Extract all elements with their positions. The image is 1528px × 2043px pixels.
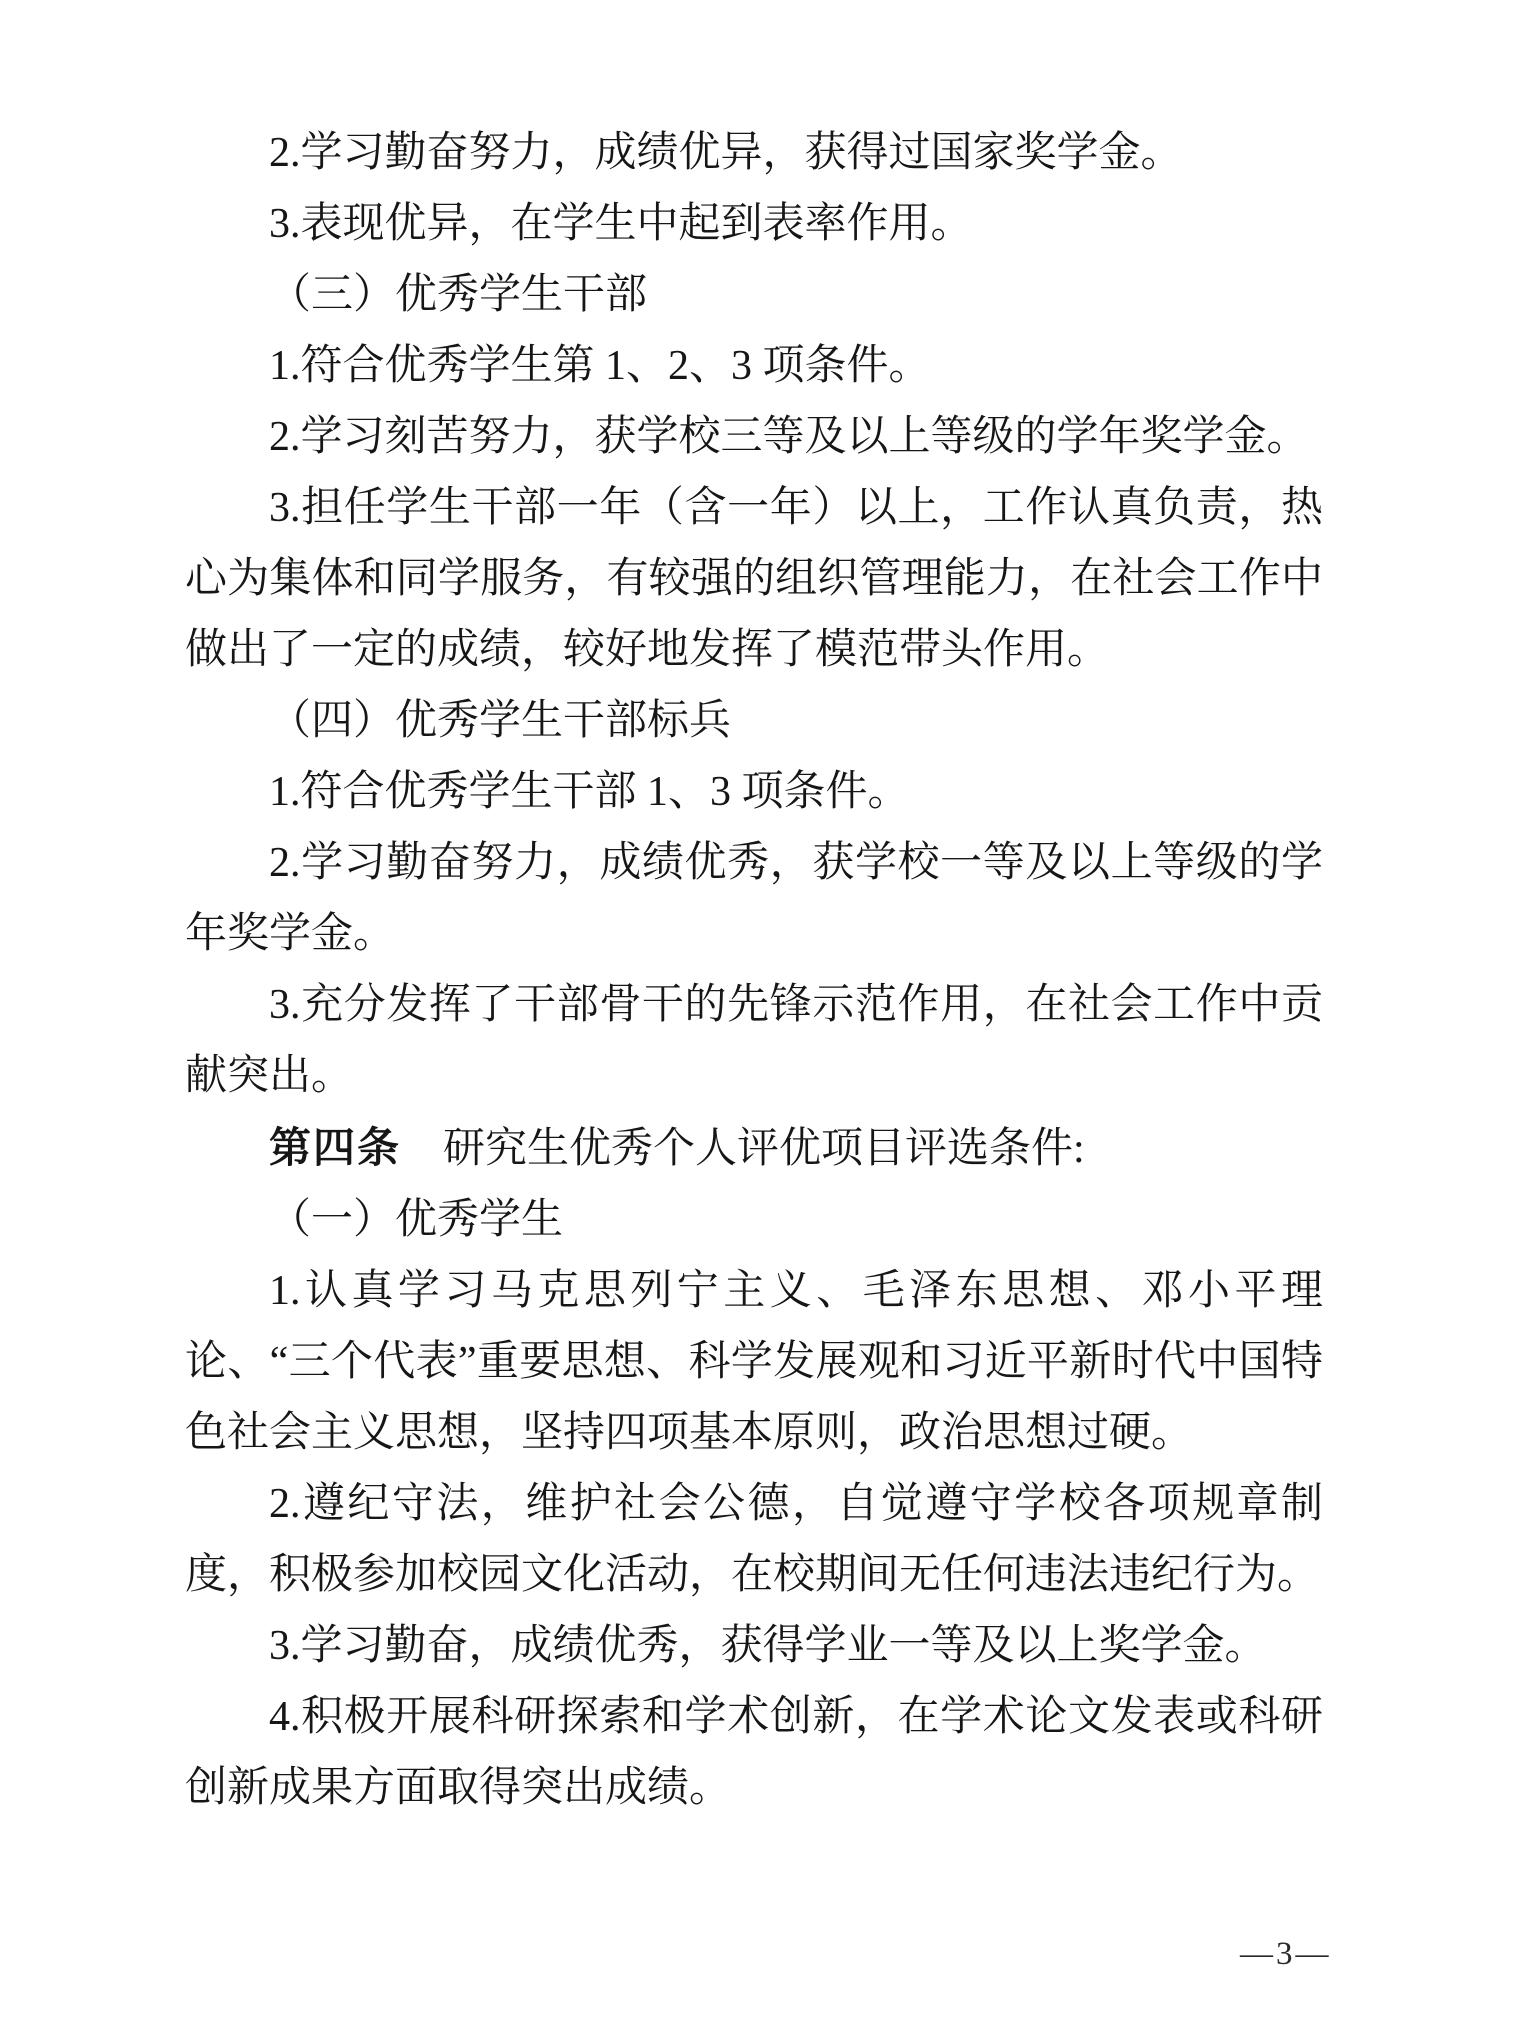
paragraph: （四）优秀学生干部标兵 bbox=[185, 686, 1323, 757]
paragraph: 2.学习刻苦努力，获学校三等及以上等级的学年奖学金。 bbox=[185, 402, 1323, 473]
paragraph: （三）优秀学生干部 bbox=[185, 260, 1323, 331]
document-body: 2.学习勤奋努力，成绩优异，获得过国家奖学金。3.表现优异，在学生中起到表率作用… bbox=[185, 118, 1323, 1824]
paragraph: （一）优秀学生 bbox=[185, 1185, 1323, 1256]
paragraph: 1.符合优秀学生干部 1、3 项条件。 bbox=[185, 757, 1323, 828]
paragraph: 3.表现优异，在学生中起到表率作用。 bbox=[185, 189, 1323, 260]
article-number: 第四条 bbox=[269, 1124, 401, 1171]
paragraph: 1.认真学习马克思列宁主义、毛泽东思想、邓小平理论、“三个代表”重要思想、科学发… bbox=[185, 1256, 1323, 1469]
paragraph: 3.担任学生干部一年（含一年）以上，工作认真负责，热心为集体和同学服务，有较强的… bbox=[185, 473, 1323, 686]
paragraph: 2.学习勤奋努力，成绩优异，获得过国家奖学金。 bbox=[185, 118, 1323, 189]
page-number: —3— bbox=[1240, 1936, 1332, 1973]
paragraph: 3.学习勤奋，成绩优秀，获得学业一等及以上奖学金。 bbox=[185, 1611, 1323, 1682]
paragraph: 4.积极开展科研探索和学术创新，在学术论文发表或科研创新成果方面取得突出成绩。 bbox=[185, 1682, 1323, 1824]
paragraph: 3.充分发挥了干部骨干的先锋示范作用，在社会工作中贡献突出。 bbox=[185, 970, 1323, 1112]
paragraph: 1.符合优秀学生第 1、2、3 项条件。 bbox=[185, 331, 1323, 402]
article-heading-paragraph: 第四条 研究生优秀个人评优项目评选条件: bbox=[185, 1112, 1323, 1185]
paragraph: 2.学习勤奋努力，成绩优秀，获学校一等及以上等级的学年奖学金。 bbox=[185, 828, 1323, 970]
paragraph: 2.遵纪守法，维护社会公德，自觉遵守学校各项规章制度，积极参加校园文化活动，在校… bbox=[185, 1469, 1323, 1611]
